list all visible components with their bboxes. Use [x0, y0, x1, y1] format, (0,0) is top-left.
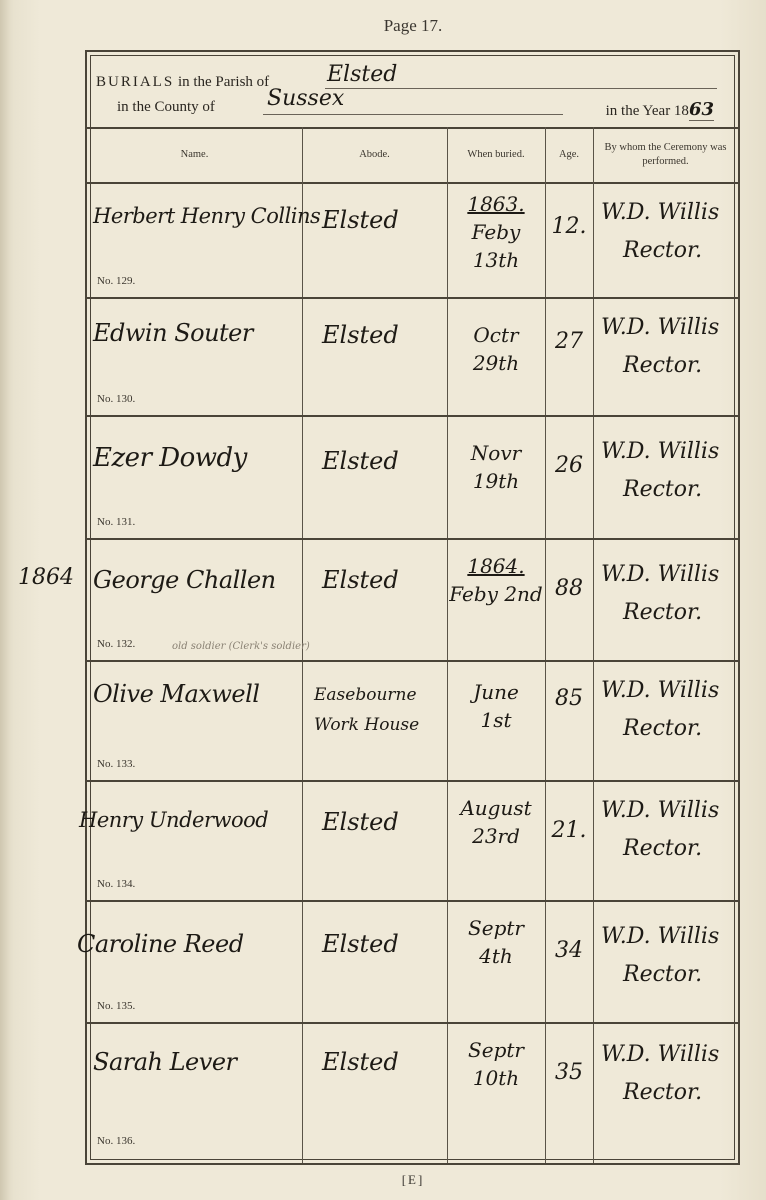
- table-row: Henry Underwood No. 134. Elsted August 2…: [87, 782, 738, 902]
- age-cell: 34: [545, 902, 593, 1022]
- officiant-signature: W.D. Willis Rector.: [601, 309, 719, 385]
- when-buried-cell: 1864. Feby 2nd: [447, 540, 545, 660]
- officiant-title: Rector.: [601, 956, 719, 994]
- officiant-signature: W.D. Willis Rector.: [601, 194, 719, 270]
- name-cell: Edwin Souter No. 130.: [87, 299, 302, 415]
- burial-month: June: [447, 678, 545, 706]
- officiant-name: W.D. Willis: [601, 918, 719, 956]
- burial-day: 29th: [447, 349, 545, 377]
- officiant-signature: W.D. Willis Rector.: [601, 918, 719, 994]
- burial-month: Septr: [447, 914, 545, 942]
- officiant-title: Rector.: [601, 594, 719, 632]
- entry-number: No. 135.: [97, 1000, 135, 1012]
- burial-register-table: BURIALS in the Parish of Elsted in the C…: [85, 50, 740, 1165]
- officiant-name: W.D. Willis: [601, 1036, 719, 1074]
- burial-year: 1864.: [447, 552, 545, 580]
- deceased-name: Henry Underwood: [79, 808, 268, 832]
- parish-value: Elsted: [327, 62, 397, 87]
- table-row: Olive Maxwell No. 133. Easebourne Work H…: [87, 662, 738, 782]
- officiant-cell: W.D. Willis Rector.: [593, 1024, 738, 1163]
- abode-value: Elsted: [322, 321, 399, 349]
- abode-value: Elsted: [322, 206, 399, 234]
- abode-cell: Easebourne Work House: [302, 662, 447, 780]
- burial-day: 1st: [447, 706, 545, 734]
- when-buried-cell: Novr 19th: [447, 417, 545, 538]
- age-cell: 35: [545, 1024, 593, 1163]
- age-cell: 88: [545, 540, 593, 660]
- burial-day: 19th: [447, 467, 545, 495]
- officiant-title: Rector.: [601, 830, 719, 868]
- burial-month: Novr: [447, 439, 545, 467]
- abode-value: Easebourne Work House: [314, 680, 419, 740]
- age-value: 26: [545, 453, 593, 478]
- register-page: Page 17. 1864 BURIALS in the Parish of E…: [0, 0, 766, 1200]
- entry-number: No. 133.: [97, 758, 135, 770]
- title-burials: BURIALS: [96, 74, 174, 90]
- abode-line-2: Work House: [314, 710, 419, 740]
- officiant-signature: W.D. Willis Rector.: [601, 433, 719, 509]
- officiant-name: W.D. Willis: [601, 556, 719, 594]
- age-cell: 21.: [545, 782, 593, 900]
- when-buried-cell: June 1st: [447, 662, 545, 780]
- age-value: 85: [545, 686, 593, 711]
- column-header-when-buried: When buried.: [447, 127, 545, 184]
- officiant-cell: W.D. Willis Rector.: [593, 782, 738, 900]
- deceased-name: George Challen: [93, 566, 276, 594]
- deceased-name: Edwin Souter: [93, 319, 253, 347]
- register-title: BURIALS in the Parish of: [96, 74, 269, 91]
- age-value: 27: [545, 329, 593, 354]
- age-value: 12.: [545, 214, 593, 239]
- abode-cell: Elsted: [302, 299, 447, 415]
- title-parish-label: in the Parish of: [174, 74, 269, 90]
- county-value: Sussex: [267, 86, 344, 111]
- entry-number: No. 132.: [97, 638, 135, 650]
- when-buried-cell: August 23rd: [447, 782, 545, 900]
- officiant-signature: W.D. Willis Rector.: [601, 1036, 719, 1112]
- officiant-title: Rector.: [601, 232, 719, 270]
- column-header-age: Age.: [545, 127, 593, 184]
- burial-month-day: Feby 2nd: [447, 580, 545, 608]
- officiant-signature: W.D. Willis Rector.: [601, 556, 719, 632]
- burial-month: Octr: [447, 321, 545, 349]
- name-cell: Ezer Dowdy No. 131.: [87, 417, 302, 538]
- when-buried-cell: Septr 4th: [447, 902, 545, 1022]
- abode-value: Elsted: [322, 808, 399, 836]
- age-value: 21.: [545, 818, 593, 843]
- burial-date: 1864. Feby 2nd: [447, 552, 545, 608]
- abode-value: Elsted: [322, 930, 399, 958]
- county-fill-line: [263, 114, 563, 115]
- when-buried-cell: Octr 29th: [447, 299, 545, 415]
- year-label: in the Year 18: [606, 103, 689, 119]
- name-cell: Sarah Lever No. 136.: [87, 1024, 302, 1163]
- abode-cell: Elsted: [302, 184, 447, 297]
- burial-day: 23rd: [447, 822, 545, 850]
- entry-number: No. 131.: [97, 516, 135, 528]
- officiant-cell: W.D. Willis Rector.: [593, 299, 738, 415]
- table-row: Ezer Dowdy No. 131. Elsted Novr 19th 26 …: [87, 417, 738, 540]
- officiant-signature: W.D. Willis Rector.: [601, 672, 719, 748]
- officiant-name: W.D. Willis: [601, 194, 719, 232]
- entry-number: No. 129.: [97, 275, 135, 287]
- abode-value: Elsted: [322, 566, 399, 594]
- county-label: in the County of: [117, 99, 215, 116]
- entry-number: No. 134.: [97, 878, 135, 890]
- year-field: in the Year 1863: [606, 99, 714, 121]
- abode-cell: Elsted: [302, 782, 447, 900]
- entry-number: No. 130.: [97, 393, 135, 405]
- burial-date: June 1st: [447, 678, 545, 734]
- deceased-name: Herbert Henry Collins: [93, 204, 320, 228]
- page-number: Page 17.: [0, 16, 766, 36]
- name-cell: Caroline Reed No. 135.: [87, 902, 302, 1022]
- column-header-abode: Abode.: [302, 127, 447, 184]
- burial-day: 13th: [447, 246, 545, 274]
- officiant-cell: W.D. Willis Rector.: [593, 902, 738, 1022]
- burial-year: 1863.: [447, 190, 545, 218]
- deceased-name: Sarah Lever: [93, 1048, 237, 1076]
- burial-date: Septr 4th: [447, 914, 545, 970]
- parish-fill-line: [325, 88, 717, 89]
- abode-cell: Elsted: [302, 417, 447, 538]
- margin-year-note: 1864: [18, 565, 74, 590]
- year-value: 63: [689, 99, 714, 121]
- name-cell: Henry Underwood No. 134.: [87, 782, 302, 900]
- officiant-title: Rector.: [601, 347, 719, 385]
- officiant-name: W.D. Willis: [601, 309, 719, 347]
- age-value: 35: [545, 1060, 593, 1085]
- age-cell: 27: [545, 299, 593, 415]
- deceased-name: Olive Maxwell: [93, 680, 259, 708]
- officiant-cell: W.D. Willis Rector.: [593, 540, 738, 660]
- burial-date: August 23rd: [447, 794, 545, 850]
- abode-value: Elsted: [322, 447, 399, 475]
- burial-month: Septr: [447, 1036, 545, 1064]
- table-row: Herbert Henry Collins No. 129. Elsted 18…: [87, 184, 738, 299]
- officiant-cell: W.D. Willis Rector.: [593, 662, 738, 780]
- age-cell: 85: [545, 662, 593, 780]
- officiant-name: W.D. Willis: [601, 792, 719, 830]
- printer-signature-mark: [E]: [0, 1172, 766, 1188]
- burial-date: Septr 10th: [447, 1036, 545, 1092]
- column-header-name: Name.: [87, 127, 302, 184]
- when-buried-cell: Septr 10th: [447, 1024, 545, 1163]
- burial-month: August: [447, 794, 545, 822]
- name-cell: Herbert Henry Collins No. 129.: [87, 184, 302, 297]
- deceased-name: Caroline Reed: [77, 930, 244, 958]
- abode-line-1: Easebourne: [314, 680, 419, 710]
- name-cell: Olive Maxwell No. 133.: [87, 662, 302, 780]
- officiant-name: W.D. Willis: [601, 672, 719, 710]
- when-buried-cell: 1863. Feby 13th: [447, 184, 545, 297]
- officiant-name: W.D. Willis: [601, 433, 719, 471]
- pencil-annotation: old soldier (Clerk's soldier): [172, 641, 310, 652]
- age-value: 88: [545, 576, 593, 601]
- officiant-title: Rector.: [601, 471, 719, 509]
- burial-date: Octr 29th: [447, 321, 545, 377]
- burial-date: Novr 19th: [447, 439, 545, 495]
- officiant-title: Rector.: [601, 1074, 719, 1112]
- burial-date: 1863. Feby 13th: [447, 190, 545, 274]
- burial-day: 10th: [447, 1064, 545, 1092]
- burial-day: 4th: [447, 942, 545, 970]
- officiant-cell: W.D. Willis Rector.: [593, 184, 738, 297]
- burial-month: Feby: [447, 218, 545, 246]
- table-row: Sarah Lever No. 136. Elsted Septr 10th 3…: [87, 1024, 738, 1163]
- page-binding: [0, 0, 10, 1200]
- deceased-name: Ezer Dowdy: [93, 443, 247, 473]
- officiant-title: Rector.: [601, 710, 719, 748]
- table-row: Edwin Souter No. 130. Elsted Octr 29th 2…: [87, 299, 738, 417]
- abode-cell: Elsted: [302, 1024, 447, 1163]
- age-value: 34: [545, 938, 593, 963]
- table-row: Caroline Reed No. 135. Elsted Septr 4th …: [87, 902, 738, 1024]
- abode-cell: Elsted: [302, 902, 447, 1022]
- officiant-signature: W.D. Willis Rector.: [601, 792, 719, 868]
- age-cell: 12.: [545, 184, 593, 297]
- register-title-block: BURIALS in the Parish of Elsted in the C…: [87, 52, 738, 129]
- column-header-officiant: By whom the Ceremony was performed.: [593, 127, 738, 184]
- abode-value: Elsted: [322, 1048, 399, 1076]
- age-cell: 26: [545, 417, 593, 538]
- abode-cell: Elsted: [302, 540, 447, 660]
- officiant-cell: W.D. Willis Rector.: [593, 417, 738, 538]
- entry-number: No. 136.: [97, 1135, 135, 1147]
